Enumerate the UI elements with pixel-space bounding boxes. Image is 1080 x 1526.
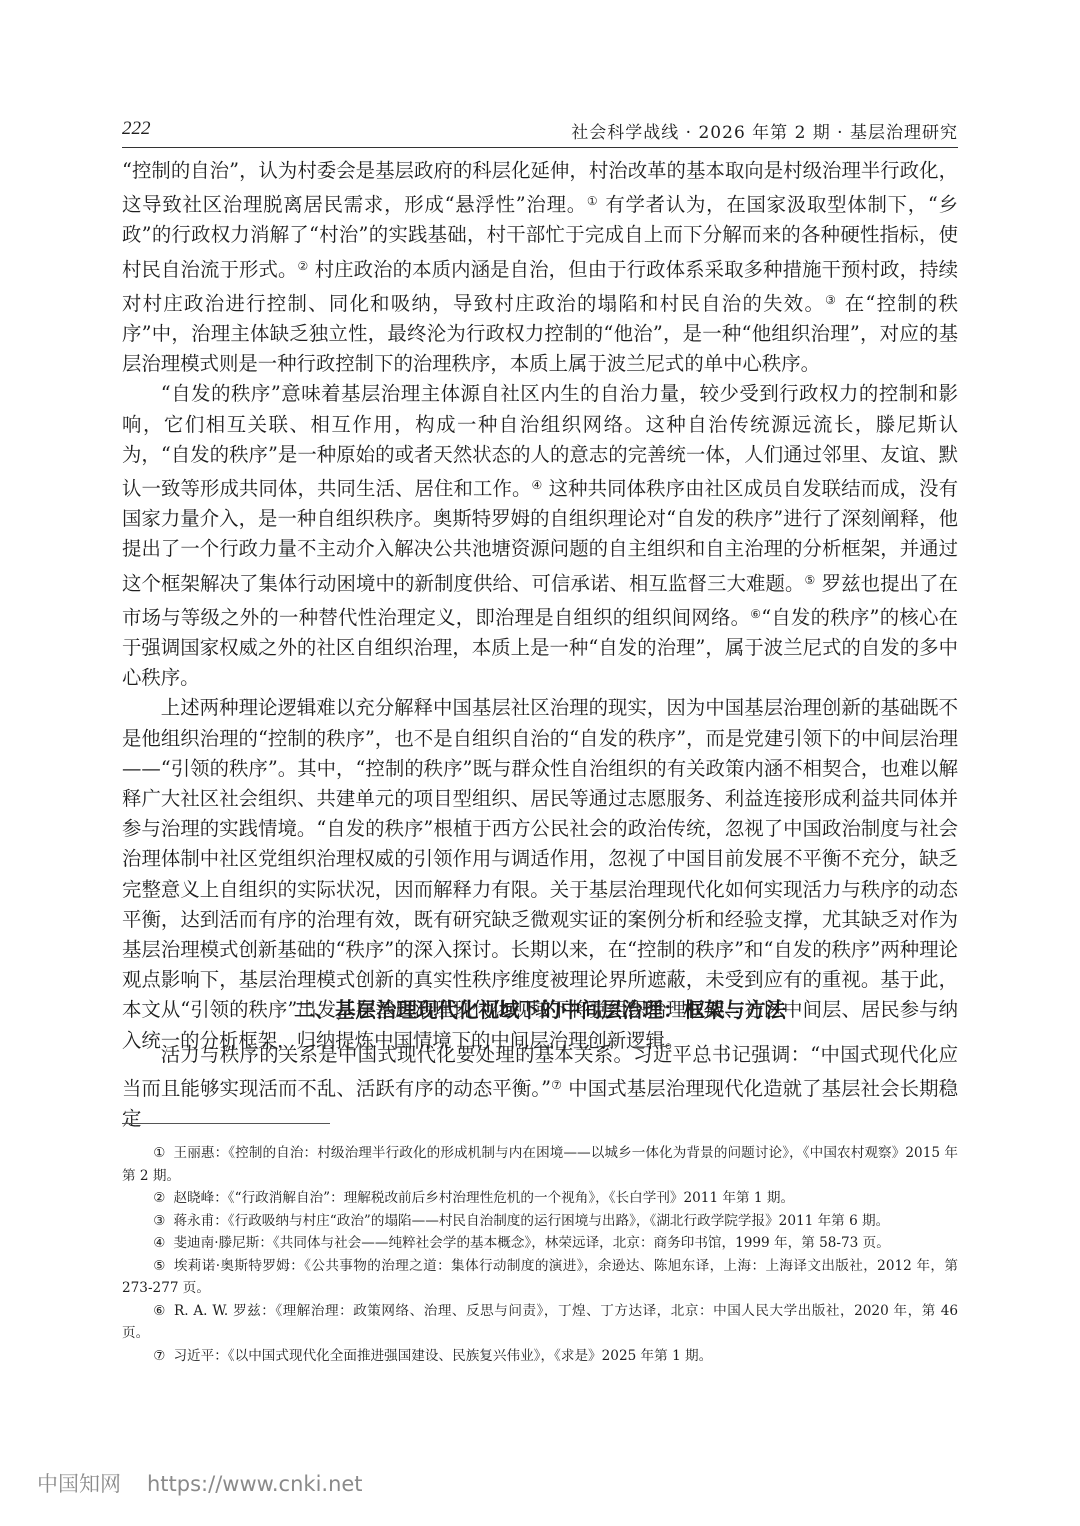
footnote-mark: ① (153, 1145, 165, 1161)
header-rule (122, 147, 958, 148)
cnki-watermark: 中国知网https://www.cnki.net (37, 1468, 363, 1498)
footnote: ⑦习近平：《以中国式现代化全面推进强国建设、民族复兴伟业》，《求是》2025 年… (122, 1345, 958, 1368)
footnote: ④斐迪南·滕尼斯：《共同体与社会——纯粹社会学的基本概念》，林荣远译，北京：商务… (122, 1232, 958, 1255)
footnote-reference[interactable]: ④ (531, 478, 542, 492)
body-text: “控制的自治”，认为村委会是基层政府的科层化延伸，村治改革的基本取向是村级治理半… (122, 156, 958, 1056)
paragraph: “控制的自治”，认为村委会是基层政府的科层化延伸，村治改革的基本取向是村级治理半… (122, 156, 958, 379)
footnote-text: 埃莉诺·奥斯特罗姆：《公共事物的治理之道：集体行动制度的演进》，余逊达、陈旭东译… (122, 1258, 958, 1297)
footnote-rule (122, 1123, 330, 1124)
footnote-text: 蒋永甫：《行政吸纳与村庄“政治”的塌陷——村民自治制度的运行困境与出路》，《湖北… (173, 1213, 889, 1229)
section-body: 活力与秩序的关系是中国式现代化要处理的基本关系。习近平总书记强调：“中国式现代化… (122, 1040, 958, 1135)
footnote-mark: ④ (153, 1235, 165, 1251)
footnote-text: 斐迪南·滕尼斯：《共同体与社会——纯粹社会学的基本概念》，林荣远译，北京：商务印… (173, 1235, 889, 1251)
footnote-mark: ⑥ (153, 1303, 166, 1319)
footnote-mark: ③ (153, 1213, 165, 1229)
watermark-brand: 中国知网 (37, 1472, 121, 1496)
footnote-mark: ② (153, 1190, 165, 1206)
footnote-reference[interactable]: ③ (825, 293, 837, 307)
footnote-reference[interactable]: ① (587, 194, 599, 208)
footnote-reference[interactable]: ⑦ (551, 1078, 562, 1092)
footnote-text: 王丽惠：《控制的自治：村级治理半行政化的形成机制与内在困境——以城乡一体化为背景… (122, 1145, 958, 1184)
footnote: ①王丽惠：《控制的自治：村级治理半行政化的形成机制与内在困境——以城乡一体化为背… (122, 1142, 958, 1187)
footnote-text: 赵晓峰：《“行政消解自治”：理解税改前后乡村治理性危机的一个视角》，《长白学刊》… (173, 1190, 794, 1206)
footnote-reference[interactable]: ⑥ (750, 607, 761, 621)
footnote-mark: ⑤ (153, 1258, 166, 1274)
watermark-url: https://www.cnki.net (147, 1472, 363, 1496)
footnote-text: 习近平：《以中国式现代化全面推进强国建设、民族复兴伟业》，《求是》2025 年第… (173, 1348, 712, 1364)
footnote: ②赵晓峰：《“行政消解自治”：理解税改前后乡村治理性危机的一个视角》，《长白学刊… (122, 1187, 958, 1210)
footnote-reference[interactable]: ⑤ (804, 573, 815, 587)
paragraph: 活力与秩序的关系是中国式现代化要处理的基本关系。习近平总书记强调：“中国式现代化… (122, 1040, 958, 1135)
footnote: ⑤埃莉诺·奥斯特罗姆：《公共事物的治理之道：集体行动制度的演进》，余逊达、陈旭东… (122, 1255, 958, 1300)
section-heading: 二、基层治理现代化视域下的中间层治理：框架与方法 (122, 993, 958, 1023)
page-number: 222 (122, 118, 151, 140)
paragraph: “自发的秩序”意味着基层治理主体源自社区内生的自治力量，较少受到行政权力的控制和… (122, 379, 958, 693)
footnote-reference[interactable]: ② (298, 259, 309, 273)
footnote-text: R. A. W. 罗兹：《理解治理：政策网络、治理、反思与问责》，丁煌、丁方达译… (122, 1303, 958, 1342)
page-header: 222 社会科学战线 · 2026 年第 2 期 · 基层治理研究 (122, 116, 958, 146)
footnotes: ①王丽惠：《控制的自治：村级治理半行政化的形成机制与内在困境——以城乡一体化为背… (122, 1142, 958, 1367)
running-head: 社会科学战线 · 2026 年第 2 期 · 基层治理研究 (571, 118, 958, 143)
footnote-mark: ⑦ (153, 1348, 165, 1364)
footnote: ③蒋永甫：《行政吸纳与村庄“政治”的塌陷——村民自治制度的运行困境与出路》，《湖… (122, 1210, 958, 1233)
footnote: ⑥R. A. W. 罗兹：《理解治理：政策网络、治理、反思与问责》，丁煌、丁方达… (122, 1300, 958, 1345)
